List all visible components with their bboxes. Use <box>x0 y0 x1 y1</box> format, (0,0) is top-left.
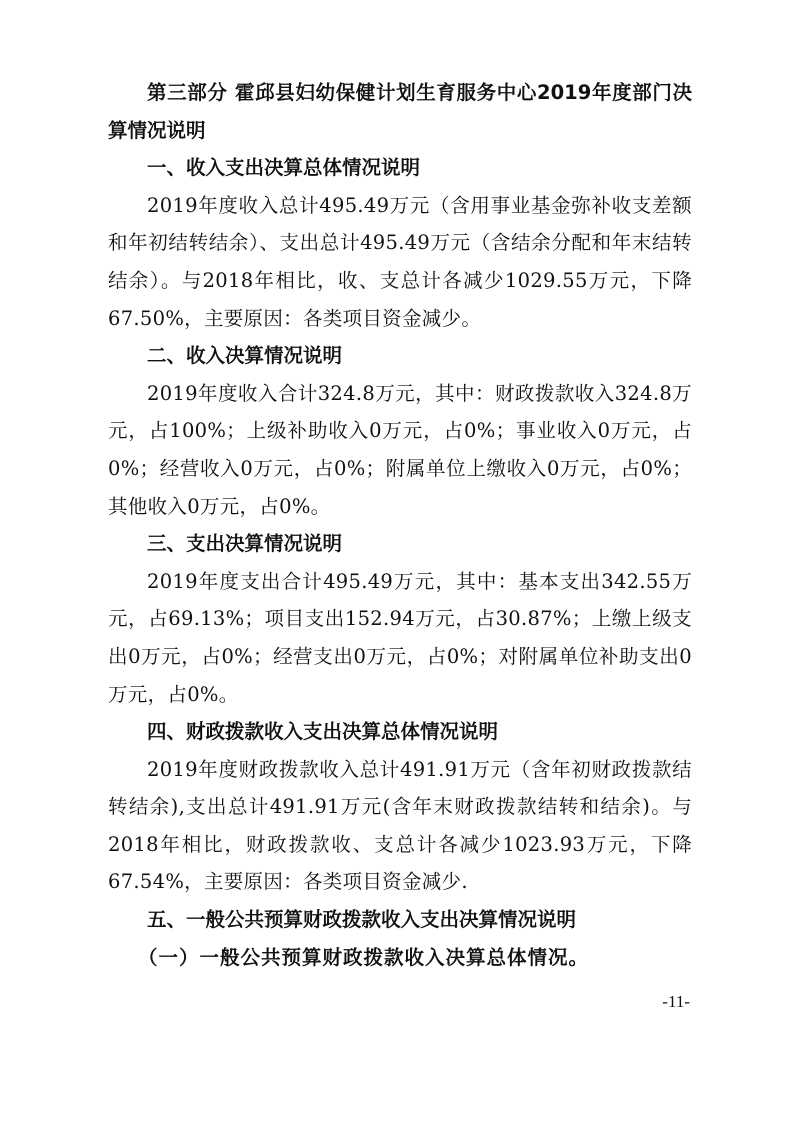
section-paragraph-1: 2019年度收入总计495.49万元（含用事业基金弥补收支差额和年初结转结余）、… <box>108 187 692 337</box>
section-heading-1: 一、收入支出决算总体情况说明 <box>108 149 692 187</box>
document-page: 第三部分 霍邱县妇幼保健计划生育服务中心2019年度部门决算情况说明 一、收入支… <box>108 74 692 976</box>
document-title: 第三部分 霍邱县妇幼保健计划生育服务中心2019年度部门决算情况说明 <box>108 74 692 149</box>
section-heading-5: 五、一般公共预算财政拨款收入支出决算情况说明 <box>108 901 692 939</box>
section-subheading-5-1: （一）一般公共预算财政拨款收入决算总体情况。 <box>108 939 692 977</box>
section-heading-4: 四、财政拨款收入支出决算总体情况说明 <box>108 713 692 751</box>
section-heading-3: 三、支出决算情况说明 <box>108 525 692 563</box>
section-paragraph-2: 2019年度收入合计324.8万元，其中：财政拨款收入324.8万元，占100%… <box>108 375 692 525</box>
page-number: -11- <box>662 992 690 1012</box>
section-paragraph-3: 2019年度支出合计495.49万元，其中：基本支出342.55万元，占69.1… <box>108 563 692 713</box>
section-paragraph-4: 2019年度财政拨款收入总计491.91万元（含年初财政拨款结转结余),支出总计… <box>108 751 692 901</box>
section-heading-2: 二、收入决算情况说明 <box>108 337 692 375</box>
